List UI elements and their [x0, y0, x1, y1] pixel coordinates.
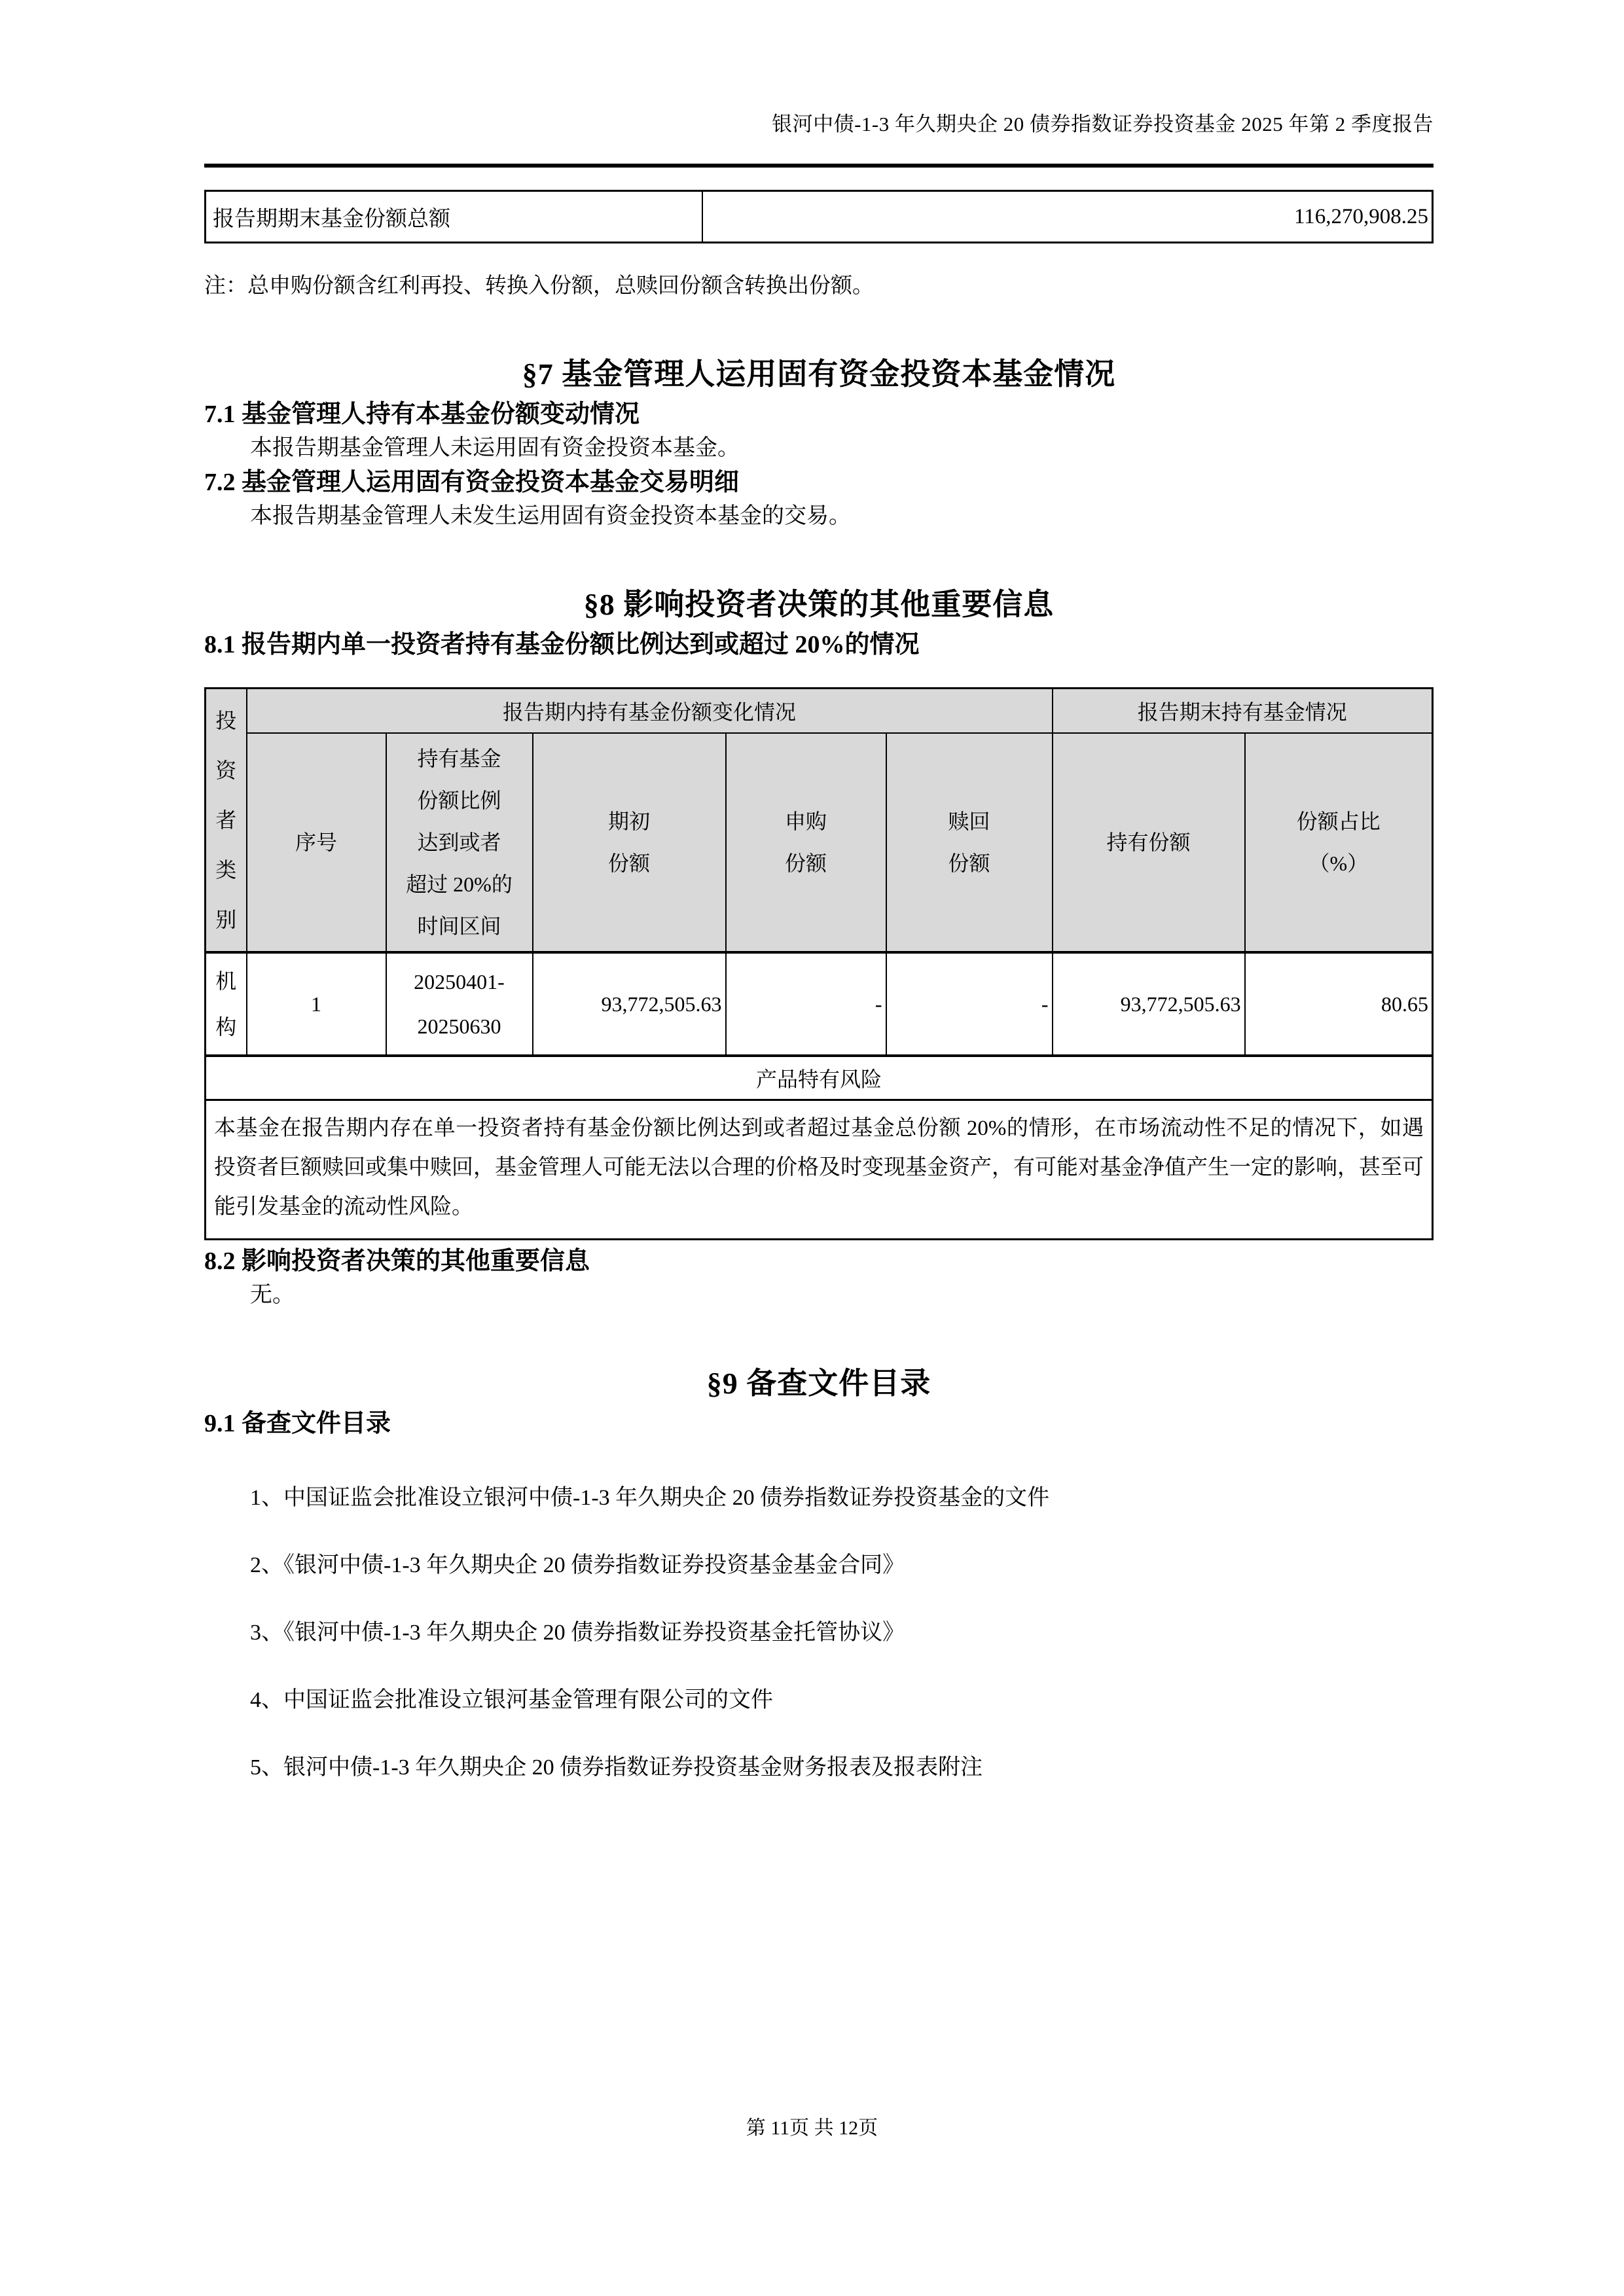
report-page: 银河中债-1-3 年久期央企 20 债券指数证券投资基金 2025 年第 2 季… — [0, 0, 1624, 2296]
section8-2-body: 无。 — [204, 1276, 1434, 1308]
period-change-group-header: 报告期内持有基金份额变化情况 — [247, 689, 1053, 734]
section7-title: §7 基金管理人运用固有资金投资本基金情况 — [204, 350, 1434, 393]
header-rule — [204, 164, 1434, 168]
risk-header-row: 产品特有风险 — [206, 1056, 1433, 1100]
risk-text-row: 本基金在报告期内存在单一投资者持有基金份额比例达到或者超过基金总份额 20%的情… — [206, 1100, 1433, 1240]
seq-header-cell: 序号 — [247, 733, 386, 952]
initial-shares-cell: 93,772,505.63 — [533, 952, 726, 1056]
note-text: 注：总申购份额含红利再投、转换入份额，总赎回份额含转换出份额。 — [204, 268, 1434, 299]
document-list-item: 3、《银河中债-1-3 年久期央企 20 债券指数证券投资基金托管协议》 — [204, 1614, 1434, 1646]
section8-title: §8 影响投资者决策的其他重要信息 — [204, 581, 1434, 624]
purchase-shares-cell: - — [726, 952, 886, 1056]
investor-type-cell: 机 构 — [206, 952, 247, 1056]
period-end-group-header: 报告期末持有基金情况 — [1053, 689, 1433, 734]
table-header-row: 序号 持有基金 份额比例 达到或者 超过 20%的 时间区间 期初 份额 申购 … — [206, 733, 1433, 952]
document-list-item: 1、中国证监会批准设立银河中债-1-3 年久期央企 20 债券指数证券投资基金的… — [204, 1479, 1434, 1511]
seq-cell: 1 — [247, 952, 386, 1056]
section7-1-title: 7.1 基金管理人持有本基金份额变动情况 — [204, 393, 1434, 429]
period-cell: 20250401- 20250630 — [386, 952, 533, 1056]
share-pct-header-cell: 份额占比 （%） — [1245, 733, 1433, 952]
fund-shares-summary-table: 报告期期末基金份额总额 116,270,908.25 — [204, 190, 1434, 243]
document-list-item: 4、中国证监会批准设立银河基金管理有限公司的文件 — [204, 1681, 1434, 1713]
page-footer: 第 11页 共 12页 — [0, 2111, 1624, 2140]
section9-1-title: 9.1 备查文件目录 — [204, 1403, 1434, 1439]
summary-label-cell: 报告期期末基金份额总额 — [206, 191, 702, 243]
risk-text-cell: 本基金在报告期内存在单一投资者持有基金份额比例达到或者超过基金总份额 20%的情… — [206, 1100, 1433, 1240]
period-header-cell: 持有基金 份额比例 达到或者 超过 20%的 时间区间 — [386, 733, 533, 952]
section8-1-title: 8.1 报告期内单一投资者持有基金份额比例达到或超过 20%的情况 — [204, 624, 1434, 660]
investor-holdings-table: 投 资 者 类 别 报告期内持有基金份额变化情况 报告期末持有基金情况 序号 持… — [204, 687, 1434, 1240]
section7-1-body: 本报告期基金管理人未运用固有资金投资本基金。 — [204, 429, 1434, 461]
investor-type-header-cell: 投 资 者 类 别 — [206, 689, 247, 953]
share-pct-cell: 80.65 — [1245, 952, 1433, 1056]
section9-title: §9 备查文件目录 — [204, 1359, 1434, 1403]
holding-shares-header-cell: 持有份额 — [1053, 733, 1245, 952]
table-data-row: 机 构 1 20250401- 20250630 93,772,505.63 -… — [206, 952, 1433, 1056]
table-header-group-row: 投 资 者 类 别 报告期内持有基金份额变化情况 报告期末持有基金情况 — [206, 689, 1433, 734]
section7-2-title: 7.2 基金管理人运用固有资金投资本基金交易明细 — [204, 461, 1434, 497]
risk-header-cell: 产品特有风险 — [206, 1056, 1433, 1100]
page-header-title: 银河中债-1-3 年久期央企 20 债券指数证券投资基金 2025 年第 2 季… — [204, 111, 1434, 137]
purchase-shares-header-cell: 申购 份额 — [726, 733, 886, 952]
table-row: 报告期期末基金份额总额 116,270,908.25 — [206, 191, 1433, 243]
section7-2-body: 本报告期基金管理人未发生运用固有资金投资本基金的交易。 — [204, 497, 1434, 529]
initial-shares-header-cell: 期初 份额 — [533, 733, 726, 952]
summary-value-cell: 116,270,908.25 — [702, 191, 1433, 243]
document-list-item: 5、银河中债-1-3 年久期央企 20 债券指数证券投资基金财务报表及报表附注 — [204, 1749, 1434, 1781]
redeem-shares-cell: - — [886, 952, 1053, 1056]
redeem-shares-header-cell: 赎回 份额 — [886, 733, 1053, 952]
document-list-item: 2、《银河中债-1-3 年久期央企 20 债券指数证券投资基金基金合同》 — [204, 1547, 1434, 1579]
holding-shares-cell: 93,772,505.63 — [1053, 952, 1245, 1056]
section8-2-title: 8.2 影响投资者决策的其他重要信息 — [204, 1240, 1434, 1276]
